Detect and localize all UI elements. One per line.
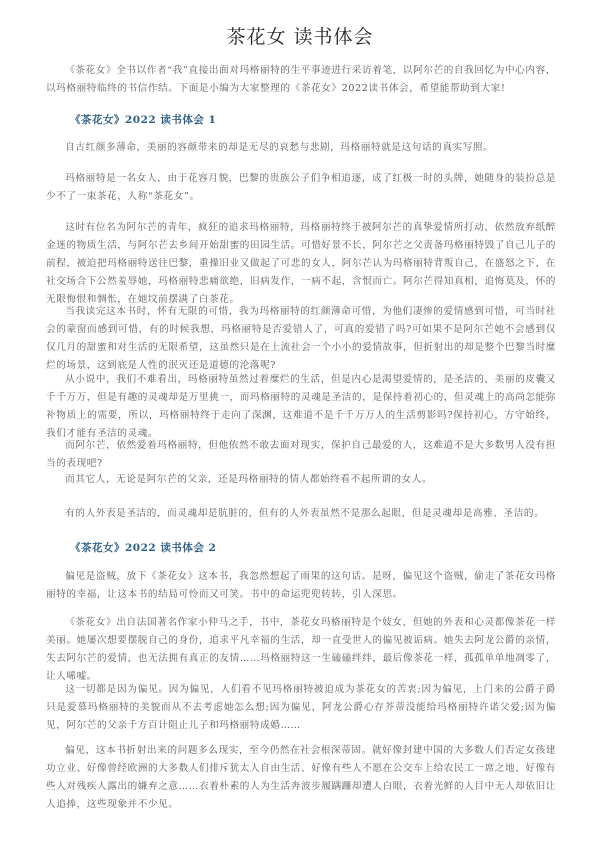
paragraph: 自古红颜多薄命，美丽的容颜带来的却是无尽的哀愁与悲剧，玛格丽特就是这句话的真实写…: [46, 139, 556, 157]
paragraph: 而阿尔芒，依然爱着玛格丽特，但他依然不敢去面对现实，保护自己最爱的人，这难道不是…: [46, 437, 556, 473]
paragraph: 有的人外表是圣洁的，而灵魂却是肮脏的，但有的人外表虽然不是那么起眼，但是灵魂却是…: [46, 505, 556, 523]
paragraph: 玛格丽特是一名女人，由于花容月貌，巴黎的贵族公子们争相追逐，成了红极一时的头牌，…: [46, 170, 556, 206]
paragraph: 这时有位名为阿尔芒的青年，疯狂的追求玛格丽特，玛格丽特终于被阿尔芒的真挚爱情所打…: [46, 219, 556, 309]
page-title: 茶花女 读书体会: [0, 22, 600, 49]
section-heading-1: 《茶花女》2022 读书体会 1: [70, 112, 216, 127]
paragraph: 从小说中，我们不难看出，玛格丽特虽然过着糜烂的生活，但是内心是渴望爱情的，是圣洁…: [46, 371, 556, 443]
intro-paragraph: 《茶花女》全书以作者“我”直接出面对玛格丽特的生平事迹进行采访着笔，以阿尔芒的自…: [46, 62, 556, 98]
paragraph: 而其它人，无论是阿尔芒的父亲，还是玛格丽特的情人都始终看不起所谓的女人。: [46, 471, 556, 489]
paragraph: 当我读完这本书时，怀有无限的可惜，我为玛格丽特的红颜薄命可惜，为他们凄惨的爱情感…: [46, 303, 556, 375]
paragraph: 偏见是盗贼，放下《茶花女》这本书，我忽然想起了雨果的这句话。是呀，偏见这个盗贼，…: [46, 568, 556, 604]
section-heading-2: 《茶花女》2022 读书体会 2: [70, 540, 216, 555]
paragraph: 偏见，这本书折射出来的问题多么现实，至今仍然在社会根深蒂固。就好像封建中国的大多…: [46, 742, 556, 814]
document-page: 茶花女 读书体会 《茶花女》全书以作者“我”直接出面对玛格丽特的生平事迹进行采访…: [0, 0, 600, 849]
paragraph: 《茶花女》出自法国著名作家小仲马之手，书中，茶花女玛格丽特是个妓女，但她的外表和…: [46, 614, 556, 686]
paragraph: 这一切都是因为偏见。因为偏见，人们看不见玛格丽特被迫成为茶花女的苦衷;因为偏见，…: [46, 681, 556, 735]
